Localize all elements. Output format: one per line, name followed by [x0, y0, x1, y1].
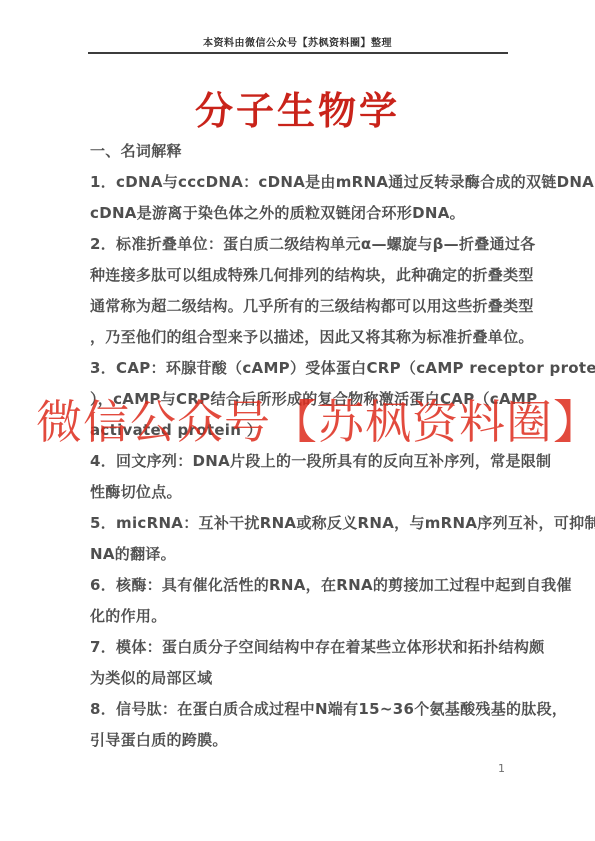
- document-body: 一、名词解释 1．cDNA与cccDNA：cDNA是由mRNA通过反转录酶合成的…: [90, 136, 520, 756]
- text-line: 1．cDNA与cccDNA：cDNA是由mRNA通过反转录酶合成的双链DNA；c…: [90, 167, 520, 198]
- text-line: 引导蛋白质的跨膜。: [90, 725, 520, 756]
- text-line: 3．CAP：环腺苷酸（cAMP）受体蛋白CRP（cAMP receptor pr…: [90, 353, 520, 384]
- page-number: 1: [498, 762, 505, 775]
- text-line: 8．信号肽：在蛋白质合成过程中N端有15~36个氨基酸残基的肽段，: [90, 694, 520, 725]
- text-line: 6．核酶：具有催化活性的RNA，在RNA的剪接加工过程中起到自我催: [90, 570, 520, 601]
- document-title: 分子生物学: [0, 80, 595, 135]
- section-heading: 一、名词解释: [90, 136, 520, 167]
- text-line: cDNA是游离于染色体之外的质粒双链闭合环形DNA。: [90, 198, 520, 229]
- page-header-text: 本资料由微信公众号【苏枫资料圈】整理: [0, 34, 595, 49]
- text-line: 性酶切位点。: [90, 477, 520, 508]
- document-page: 本资料由微信公众号【苏枫资料圈】整理 分子生物学 一、名词解释 1．cDNA与c…: [0, 0, 595, 841]
- text-line: activated protein ）: [90, 415, 520, 446]
- text-line: 种连接多肽可以组成特殊几何排列的结构块，此种确定的折叠类型: [90, 260, 520, 291]
- text-line: 5．micRNA：互补干扰RNA或称反义RNA，与mRNA序列互补，可抑制mR: [90, 508, 520, 539]
- text-line: 为类似的局部区域: [90, 663, 520, 694]
- text-line: 2．标准折叠单位：蛋白质二级结构单元α—螺旋与β—折叠通过各: [90, 229, 520, 260]
- text-line: NA的翻译。: [90, 539, 520, 570]
- text-line: 化的作用。: [90, 601, 520, 632]
- text-line: ），cAMP与CRP结合后所形成的复合物称激活蛋白CAP（cAMP: [90, 384, 520, 415]
- text-line: 4．回文序列：DNA片段上的一段所具有的反向互补序列，常是限制: [90, 446, 520, 477]
- text-line: ，乃至他们的组合型来予以描述，因此又将其称为标准折叠单位。: [90, 322, 520, 353]
- text-line: 通常称为超二级结构。几乎所有的三级结构都可以用这些折叠类型: [90, 291, 520, 322]
- header-divider: [88, 52, 508, 54]
- text-line: 7．模体：蛋白质分子空间结构中存在着某些立体形状和拓扑结构颇: [90, 632, 520, 663]
